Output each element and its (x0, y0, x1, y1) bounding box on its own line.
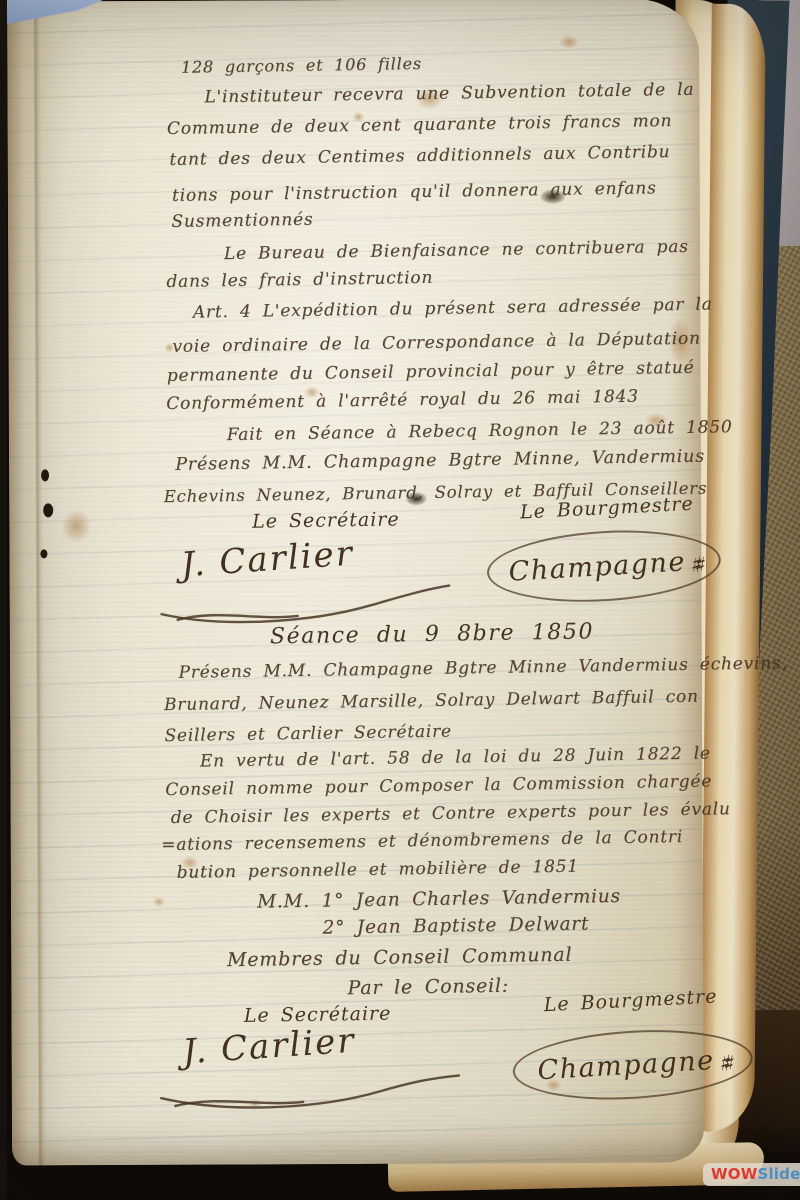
stain (153, 897, 165, 907)
stain (248, 1098, 262, 1108)
stain (559, 35, 579, 49)
stain (352, 112, 364, 122)
stain (645, 413, 667, 429)
archive-photo: 128 garçons et 106 fillesL'instituteur r… (0, 0, 800, 1200)
stain (181, 856, 199, 870)
ink-blot (405, 492, 427, 506)
binding-speck (40, 549, 47, 558)
wow-text: WOW (711, 1165, 757, 1183)
stain (304, 386, 320, 398)
ink-blot (540, 189, 566, 204)
slider-text: Slider (757, 1165, 800, 1183)
stain (415, 88, 443, 110)
wowslider-watermark[interactable]: WOWSlider (703, 1163, 800, 1186)
binding-speck (41, 469, 49, 481)
manuscript-page (7, 0, 704, 1165)
photo-edge-left (0, 0, 7, 1200)
stain (164, 343, 174, 353)
stain (61, 509, 91, 543)
stain (546, 1079, 562, 1091)
stain (668, 319, 692, 365)
binding-speck (43, 503, 53, 517)
